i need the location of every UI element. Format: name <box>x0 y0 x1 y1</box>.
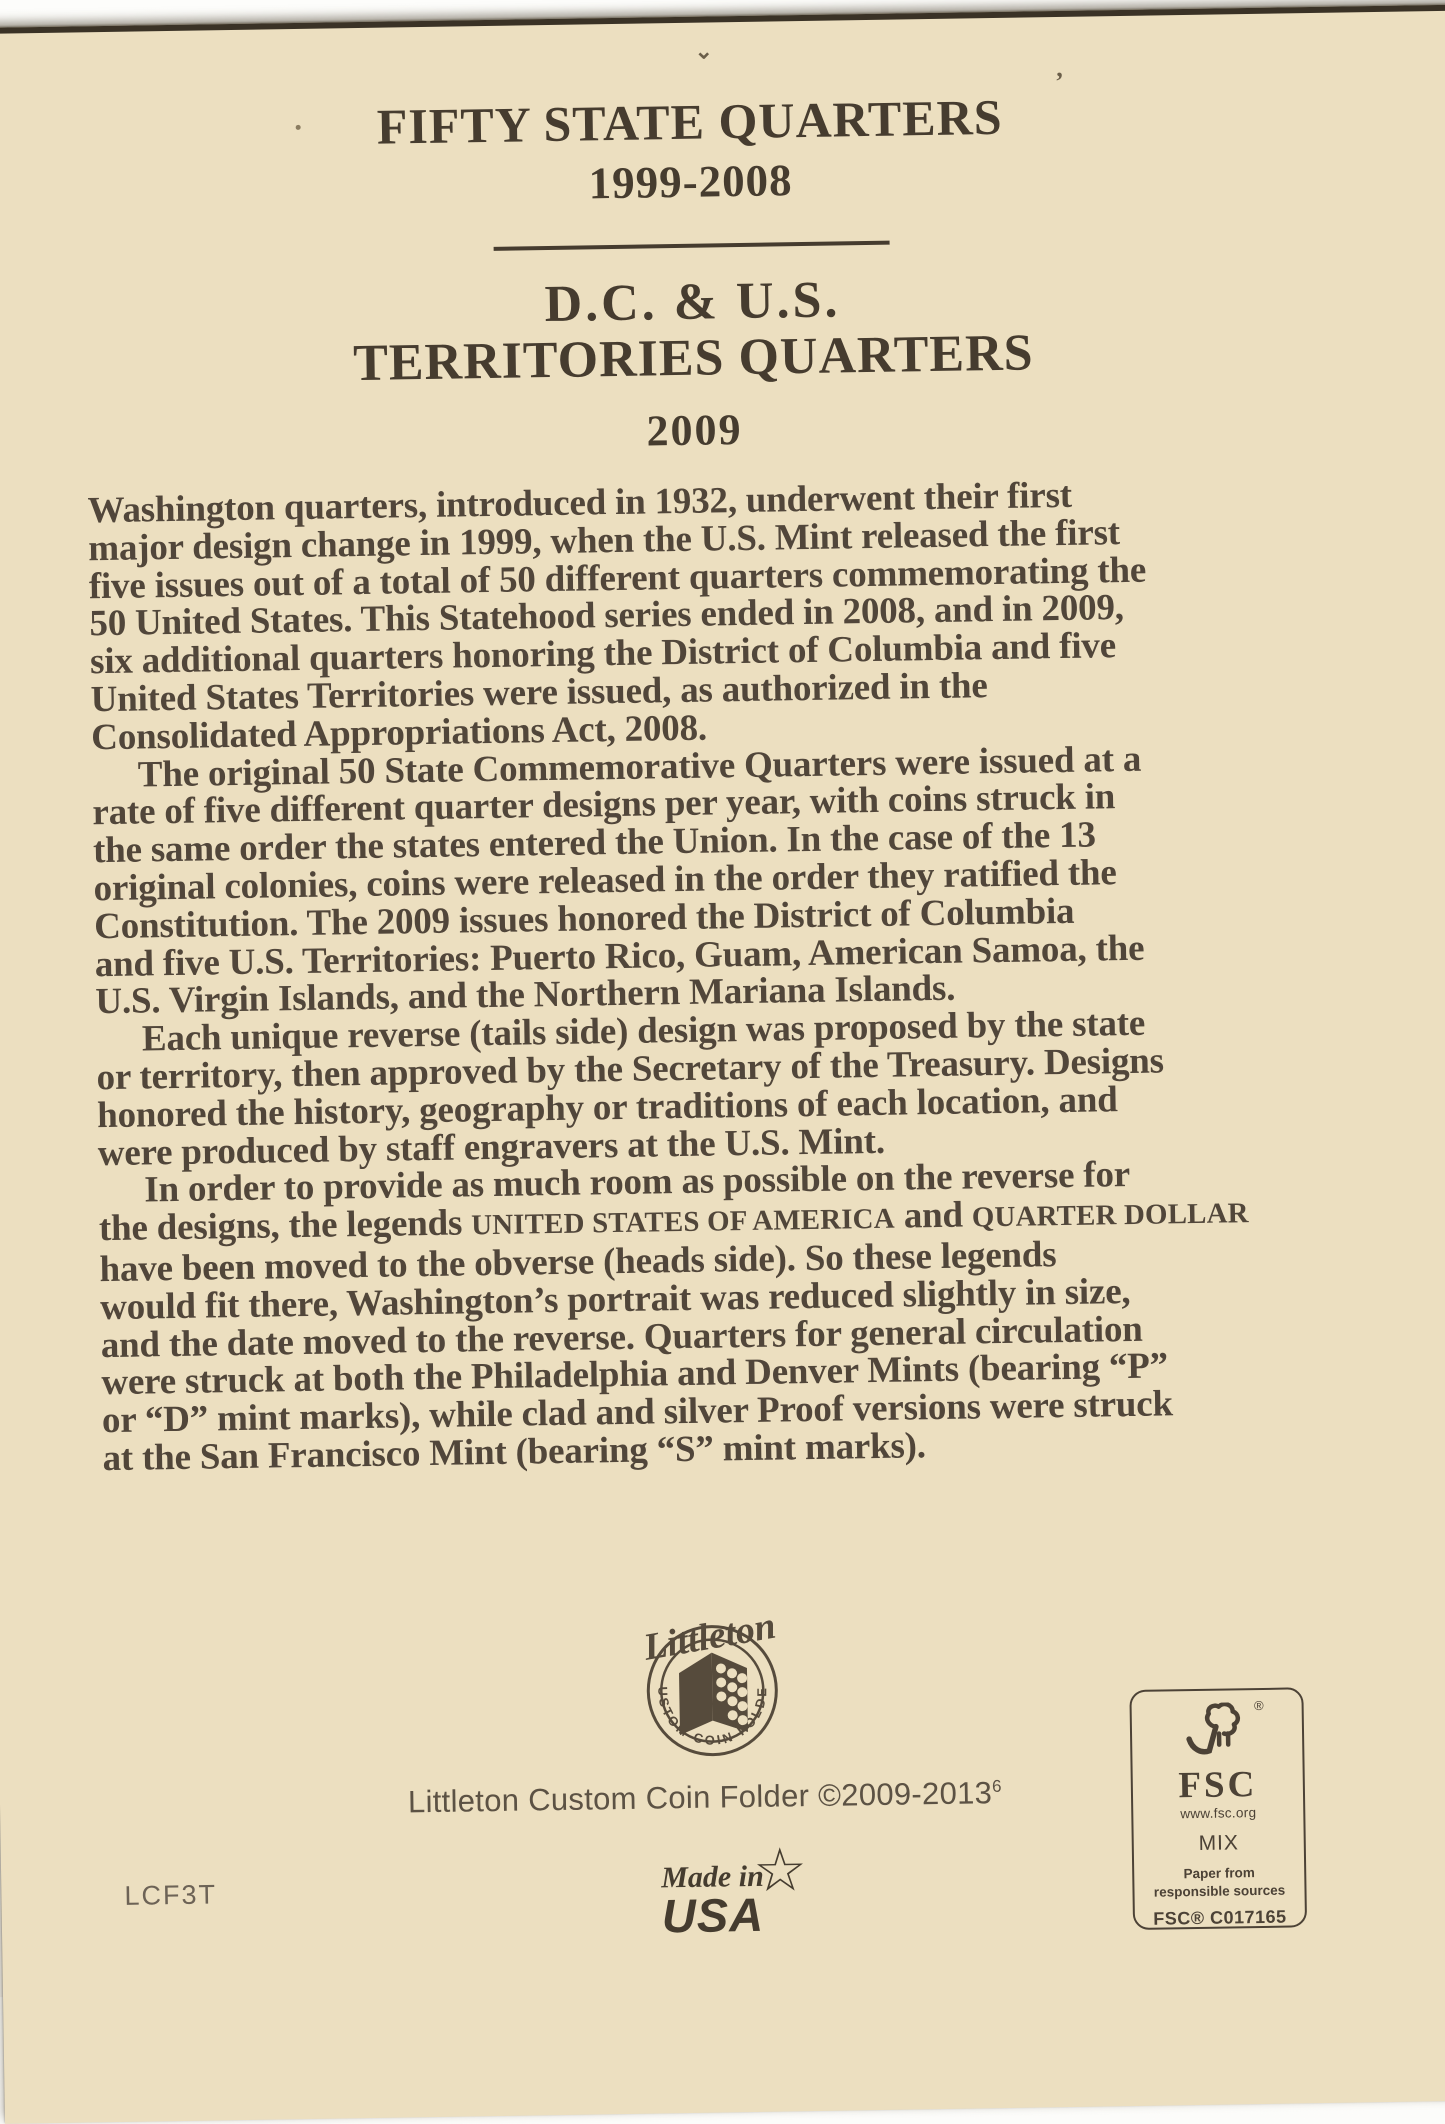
registered-trademark-symbol: ® <box>1254 1698 1264 1713</box>
fsc-tree-check-icon <box>1184 1702 1251 1761</box>
divider-rule <box>494 240 890 250</box>
paragraph: In order to provide as much room as poss… <box>98 1153 1343 1478</box>
territories-year: 2009 <box>0 395 1411 466</box>
paragraph: Washington quarters, introduced in 1932,… <box>87 473 1331 757</box>
usa-text: USA <box>661 1886 802 1943</box>
fsc-claim: Paper from responsible sources <box>1134 1863 1305 1901</box>
fsc-wordmark: FSC <box>1133 1765 1304 1805</box>
fsc-label: ® FSC www.fsc.org MIX Paper from respons… <box>1129 1687 1307 1930</box>
folder-back-cover: ⌄ ’ FIFTY STATE QUARTERS 1999-2008 D.C. … <box>0 4 1445 1997</box>
coin-folder-icon <box>679 1652 748 1735</box>
series-years: 1999-2008 <box>0 147 1407 219</box>
fsc-claim-line2: responsible sources <box>1134 1881 1304 1901</box>
body-text: Washington quarters, introduced in 1932,… <box>87 473 1342 1478</box>
made-in-usa-mark: ☆ Made in USA <box>661 1859 802 1943</box>
product-code: LCF3T <box>124 1879 217 1911</box>
copyright-text: Littleton Custom Coin Folder ©2009-2013 <box>408 1775 993 1819</box>
title-block: FIFTY STATE QUARTERS 1999-2008 D.C. & U.… <box>0 84 1411 467</box>
scan-speck: ⌄ <box>694 38 713 64</box>
copyright-footnote: 6 <box>992 1777 1002 1796</box>
paragraph: The original 50 State Commemorative Quar… <box>92 737 1336 1021</box>
legend-small-caps: UNITED STATES OF AMERICA <box>471 1203 895 1242</box>
fsc-license-code: FSC® C017165 <box>1135 1906 1305 1930</box>
fsc-url: www.fsc.org <box>1133 1804 1303 1822</box>
legend-small-caps: QUARTER DOLLAR <box>972 1197 1249 1233</box>
paragraph: Each unique reverse (tails side) design … <box>96 1002 1338 1173</box>
littleton-seal-graphic: CUSTOM COIN FOLDER Littleton <box>631 1601 794 1767</box>
littleton-seal: CUSTOM COIN FOLDER Littleton <box>631 1601 794 1767</box>
copyright-line: Littleton Custom Coin Folder ©2009-20136 <box>305 1773 1105 1822</box>
fsc-grade: MIX <box>1134 1830 1304 1857</box>
